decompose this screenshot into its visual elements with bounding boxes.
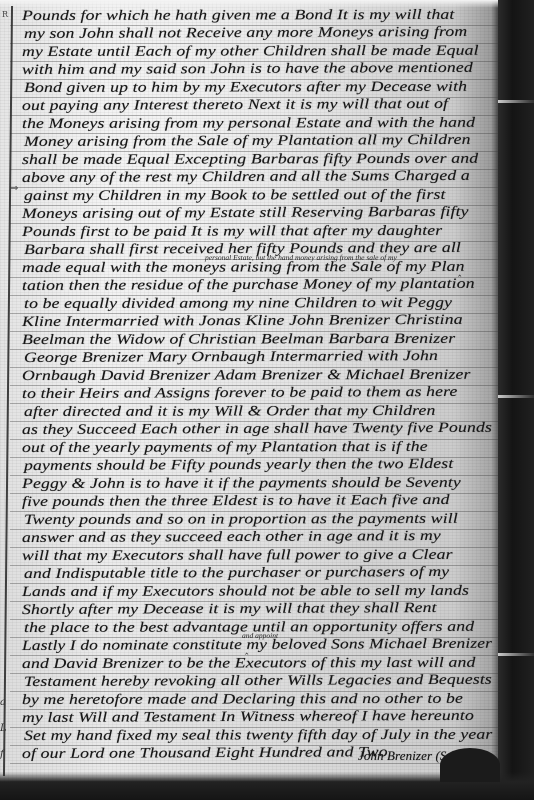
document-page: R ⇒ a L f Pounds for which he hath given… <box>0 0 534 800</box>
text-line: Pounds first to be paid It is my will th… <box>22 223 442 241</box>
text-line: Lands and if my Executors should not be … <box>22 583 469 601</box>
text-line: of our Lord one Thousand Eight Hundred a… <box>22 744 388 763</box>
text-line: tation then the residue of the purchase … <box>22 276 475 295</box>
left-margin-line <box>3 6 13 776</box>
text-line: by me heretofore made and Declaring this… <box>22 691 463 709</box>
text-line: my son John shall not Receive any more M… <box>24 24 467 43</box>
text-line: above any of the rest my Children and al… <box>22 168 470 187</box>
text-line: George Brenizer Mary Ornbaugh Intermarri… <box>24 348 438 367</box>
text-line: to their Heirs and Assigns forever to be… <box>22 384 458 403</box>
text-line: Ornbaugh David Brenizer Adam Brenizer & … <box>22 367 471 385</box>
text-line: shall be made Equal Excepting Barbaras f… <box>22 151 478 169</box>
text-line: my Estate until Each of my other Childre… <box>22 43 479 61</box>
text-line: Pounds for which he hath given me a Bond… <box>22 7 455 25</box>
margin-notes: a L f <box>0 690 10 768</box>
margin-arrow-icon: ⇒ <box>10 183 18 194</box>
text-line: Bond given up to him by my Executors aft… <box>24 79 467 97</box>
page-corner-shadow <box>440 748 500 782</box>
text-line: to be equally divided among my nine Chil… <box>24 295 452 313</box>
text-line: Set my hand fixed my seal this twenty fi… <box>24 727 492 745</box>
text-line: out of the yearly payments of my Plantat… <box>22 439 428 457</box>
scanner-glint <box>498 395 534 398</box>
scanner-glint <box>498 100 534 103</box>
scanner-edge-shadow <box>498 0 534 800</box>
text-line: and Indisputable title to the purchaser … <box>24 564 449 583</box>
text-line: and David Brenizer to be the Executors o… <box>22 655 476 673</box>
insertion-caret-icon: ‸ <box>245 644 248 655</box>
margin-note: L <box>0 716 10 742</box>
margin-note: f <box>0 742 10 768</box>
insertion-caret-icon: ‸ <box>458 266 461 277</box>
interlinear-insertion: personal Estate, but the hand money aris… <box>205 253 397 262</box>
margin-note: a <box>0 690 10 716</box>
margin-mark-top: R <box>2 10 8 19</box>
scanner-glint <box>498 653 534 656</box>
text-line: out paying any Interest thereto Next it … <box>22 96 448 115</box>
interlinear-insertion: and appoint <box>242 631 278 640</box>
text-line: Kline Intermarried with Jonas Kline John… <box>22 312 463 331</box>
text-line: Twenty pounds and so on in proportion as… <box>24 511 458 529</box>
text-line: Moneys arising out of my Estate still Re… <box>22 204 469 223</box>
text-line: Beelman the Widow of Christian Beelman B… <box>22 331 455 349</box>
text-line: my last Will and Testament In Witness wh… <box>22 708 474 727</box>
text-line: Money arising from the Sale of my Planta… <box>24 132 471 151</box>
text-line: with him and my said son John is to have… <box>22 60 473 79</box>
text-line: as they Succeed Each other in age shall … <box>22 420 492 439</box>
text-line: answer and as they succeed each other in… <box>22 528 441 547</box>
text-line: after directed and it is my Will & Order… <box>24 403 436 421</box>
text-line: Peggy & John is to have it if the paymen… <box>22 475 461 493</box>
text-line: Shortly after my Decease it is my will t… <box>22 600 437 619</box>
text-line: gainst my Children in my Book to be sett… <box>24 187 446 205</box>
text-line: payments should be Fifty pounds yearly t… <box>24 456 453 475</box>
text-line: Testament hereby revoking all other Will… <box>24 672 492 691</box>
text-line: the Moneys arising from my personal Esta… <box>22 115 475 133</box>
text-line: five pounds then the three Eldest is to … <box>22 492 450 511</box>
text-line: will that my Executors shall have full p… <box>22 547 453 565</box>
